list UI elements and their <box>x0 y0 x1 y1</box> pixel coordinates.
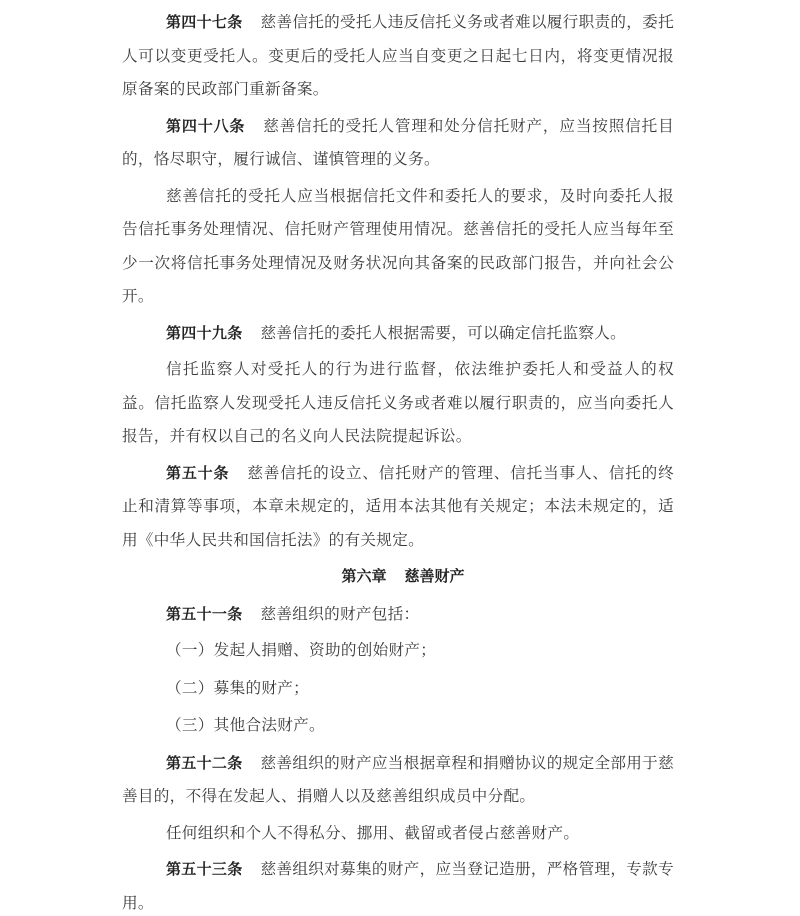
paragraph-text: 任何组织和个人不得私分、挪用、截留或者侵占慈善财产。 <box>166 824 579 842</box>
article-49-para-2: 信托监察人对受托人的行为进行监督，依法维护委托人和受益人的权益。信托监察人发现受… <box>122 353 674 454</box>
article-number: 第四十七条 <box>166 13 243 31</box>
list-item: （三）其他合法财产。 <box>122 709 674 743</box>
document-page: 第四十七条慈善信托的受托人违反信托义务或者难以履行职责的，委托人可以变更受托人。… <box>122 6 674 916</box>
list-item: （二）募集的财产； <box>122 672 674 706</box>
article-48-para-2: 慈善信托的受托人应当根据信托文件和委托人的要求，及时向委托人报告信托事务处理情况… <box>122 180 674 314</box>
article-number: 第五十一条 <box>166 605 243 623</box>
chapter-title: 慈善财产 <box>405 567 465 585</box>
paragraph-text: 慈善信托的受托人应当根据信托文件和委托人的要求，及时向委托人报告信托事务处理情况… <box>122 187 674 306</box>
article-52-para-2: 任何组织和个人不得私分、挪用、截留或者侵占慈善财产。 <box>122 817 674 851</box>
article-number: 第四十九条 <box>166 324 243 342</box>
article-text: 慈善组织的财产包括： <box>261 605 420 623</box>
article-text: 慈善信托的委托人根据需要，可以确定信托监察人。 <box>261 324 627 342</box>
article-number: 第五十三条 <box>166 860 243 878</box>
chapter-number: 第六章 <box>341 567 386 585</box>
article-number: 第五十条 <box>166 464 229 482</box>
article-51: 第五十一条慈善组织的财产包括： <box>122 598 674 632</box>
article-52: 第五十二条慈善组织的财产应当根据章程和捐赠协议的规定全部用于慈善目的，不得在发起… <box>122 747 674 814</box>
article-48: 第四十八条慈善信托的受托人管理和处分信托财产，应当按照信托目的，恪尽职守，履行诚… <box>122 110 674 177</box>
article-49: 第四十九条慈善信托的委托人根据需要，可以确定信托监察人。 <box>122 317 674 351</box>
article-50: 第五十条慈善信托的设立、信托财产的管理、信托当事人、信托的终止和清算等事项，本章… <box>122 457 674 558</box>
article-number: 第五十二条 <box>166 754 243 772</box>
article-47: 第四十七条慈善信托的受托人违反信托义务或者难以履行职责的，委托人可以变更受托人。… <box>122 6 674 107</box>
list-item: （一）发起人捐赠、资助的创始财产； <box>122 634 674 668</box>
paragraph-text: 信托监察人对受托人的行为进行监督，依法维护委托人和受益人的权益。信托监察人发现受… <box>122 360 674 445</box>
article-number: 第四十八条 <box>166 117 245 135</box>
article-53: 第五十三条慈善组织对募集的财产，应当登记造册，严格管理，专款专用。 <box>122 853 674 916</box>
chapter-heading: 第六章慈善财产 <box>122 560 674 594</box>
